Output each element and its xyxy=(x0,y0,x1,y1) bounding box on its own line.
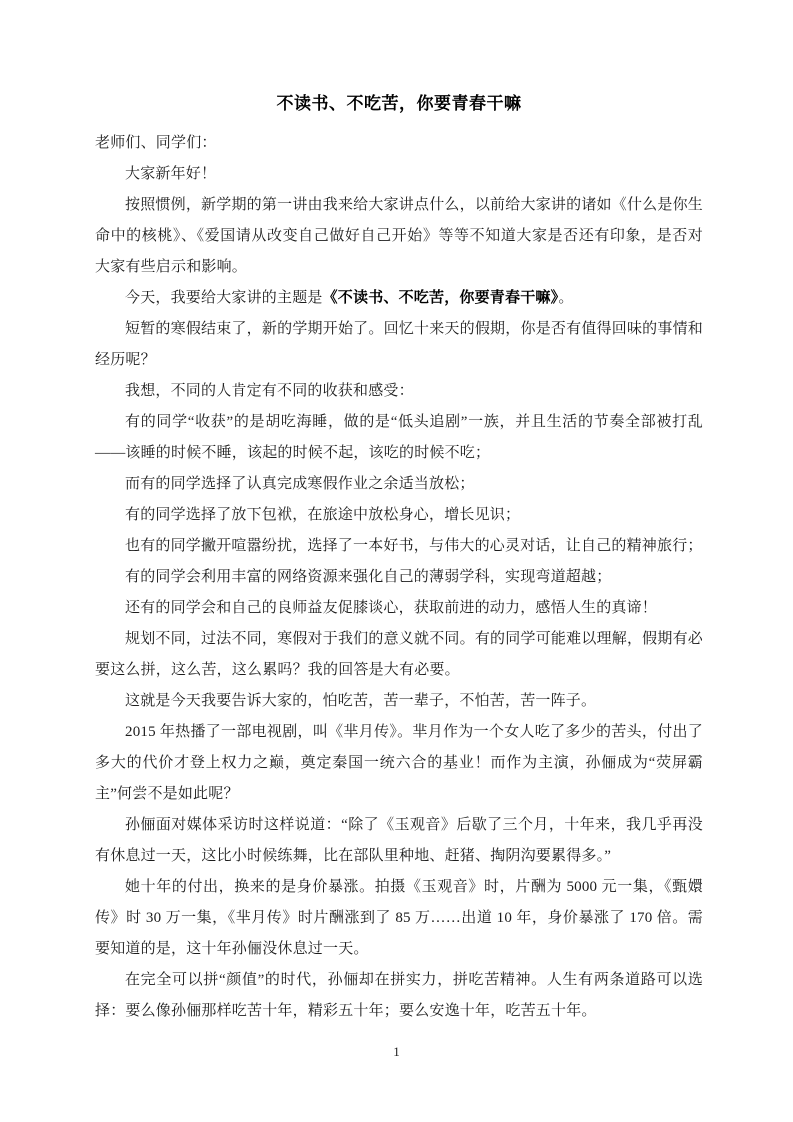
paragraph: 规划不同，过法不同，寒假对于我们的意义就不同。有的同学可能难以理解，假期有必要这… xyxy=(95,624,703,686)
document-title: 不读书、不吃苦，你要青春干嘛 xyxy=(95,90,703,118)
paragraph-text: 有的同学“收获”的是胡吃海睡，做的是“低头追剧”一族，并且生活的节奏全部被打乱—… xyxy=(95,414,703,461)
paragraph-text: 还有的同学会和自己的良师益友促膝谈心，获取前进的动力，感悟人生的真谛！ xyxy=(125,600,657,616)
paragraph: 这就是今天我要告诉大家的，怕吃苦，苦一辈子，不怕苦，苦一阵子。 xyxy=(95,686,703,717)
paragraph-text: 老师们、同学们： xyxy=(95,135,217,151)
paragraph-text: 规划不同，过法不同，寒假对于我们的意义就不同。有的同学可能难以理解，假期有必要这… xyxy=(95,631,703,678)
paragraph-text: 按照惯例，新学期的第一讲由我来给大家讲点什么，以前给大家讲的诸如《什么是你生命中… xyxy=(95,197,703,275)
paragraph: 短暂的寒假结束了，新的学期开始了。回忆十来天的假期，你是否有值得回味的事情和经历… xyxy=(95,314,703,376)
paragraph-text: 。 xyxy=(558,290,573,306)
paragraph-text: 孙俪面对媒体采访时这样说道：“除了《玉观音》后歇了三个月，十年来，我几乎再没有休… xyxy=(95,817,703,864)
paragraph: 她十年的付出，换来的是身价暴涨。拍摄《玉观音》时，片酬为 5000 元一集，《甄… xyxy=(95,872,703,965)
paragraph-text: 也有的同学撇开喧嚣纷扰，选择了一本好书，与伟大的心灵对话，让自己的精神旅行； xyxy=(125,538,703,554)
paragraph: 今天，我要给大家讲的主题是《不读书、不吃苦，你要青春干嘛》。 xyxy=(95,283,703,314)
paragraph-text: 我想，不同的人肯定有不同的收获和感受： xyxy=(125,383,414,399)
paragraph-text: 有的同学会利用丰富的网络资源来强化自己的薄弱学科，实现弯道超越； xyxy=(125,569,611,585)
page-number: 1 xyxy=(0,1044,793,1060)
paragraph-text: 这就是今天我要告诉大家的，怕吃苦，苦一辈子，不怕苦，苦一阵子。 xyxy=(125,693,596,709)
paragraph: 有的同学选择了放下包袱，在旅途中放松身心，增长见识； xyxy=(95,500,703,531)
paragraph-text: 她十年的付出，换来的是身价暴涨。拍摄《玉观音》时，片酬为 5000 元一集，《甄… xyxy=(95,879,703,957)
paragraph-text: 而有的同学选择了认真完成寒假作业之余适当放松； xyxy=(125,476,475,492)
paragraph-text: 大家新年好！ xyxy=(125,166,216,182)
paragraph-text-bold: 《不读书、不吃苦，你要青春干嘛》 xyxy=(323,290,559,306)
paragraph-text: 2015 年热播了一部电视剧，叫《芈月传》。芈月作为一个女人吃了多少的苦头，付出… xyxy=(95,724,703,802)
paragraph: 而有的同学选择了认真完成寒假作业之余适当放松； xyxy=(95,469,703,500)
paragraph: 2015 年热播了一部电视剧，叫《芈月传》。芈月作为一个女人吃了多少的苦头，付出… xyxy=(95,717,703,810)
paragraph-text: 有的同学选择了放下包袱，在旅途中放松身心，增长见识； xyxy=(125,507,520,523)
paragraph-text: 今天，我要给大家讲的主题是 xyxy=(125,290,323,306)
paragraph: 老师们、同学们： xyxy=(95,128,703,159)
paragraph: 有的同学会利用丰富的网络资源来强化自己的薄弱学科，实现弯道超越； xyxy=(95,562,703,593)
paragraph: 在完全可以拼“颜值”的时代，孙俪却在拼实力，拼吃苦精神。人生有两条道路可以选择：… xyxy=(95,965,703,1027)
document-body: 老师们、同学们：大家新年好！按照惯例，新学期的第一讲由我来给大家讲点什么，以前给… xyxy=(95,128,703,1027)
paragraph-text: 在完全可以拼“颜值”的时代，孙俪却在拼实力，拼吃苦精神。人生有两条道路可以选择：… xyxy=(95,972,703,1019)
paragraph: 孙俪面对媒体采访时这样说道：“除了《玉观音》后歇了三个月，十年来，我几乎再没有休… xyxy=(95,810,703,872)
paragraph: 也有的同学撇开喧嚣纷扰，选择了一本好书，与伟大的心灵对话，让自己的精神旅行； xyxy=(95,531,703,562)
document-page: 不读书、不吃苦，你要青春干嘛 老师们、同学们：大家新年好！按照惯例，新学期的第一… xyxy=(0,0,793,1122)
paragraph: 大家新年好！ xyxy=(95,159,703,190)
paragraph: 按照惯例，新学期的第一讲由我来给大家讲点什么，以前给大家讲的诸如《什么是你生命中… xyxy=(95,190,703,283)
paragraph: 有的同学“收获”的是胡吃海睡，做的是“低头追剧”一族，并且生活的节奏全部被打乱—… xyxy=(95,407,703,469)
paragraph: 还有的同学会和自己的良师益友促膝谈心，获取前进的动力，感悟人生的真谛！ xyxy=(95,593,703,624)
paragraph: 我想，不同的人肯定有不同的收获和感受： xyxy=(95,376,703,407)
paragraph-text: 短暂的寒假结束了，新的学期开始了。回忆十来天的假期，你是否有值得回味的事情和经历… xyxy=(95,321,703,368)
